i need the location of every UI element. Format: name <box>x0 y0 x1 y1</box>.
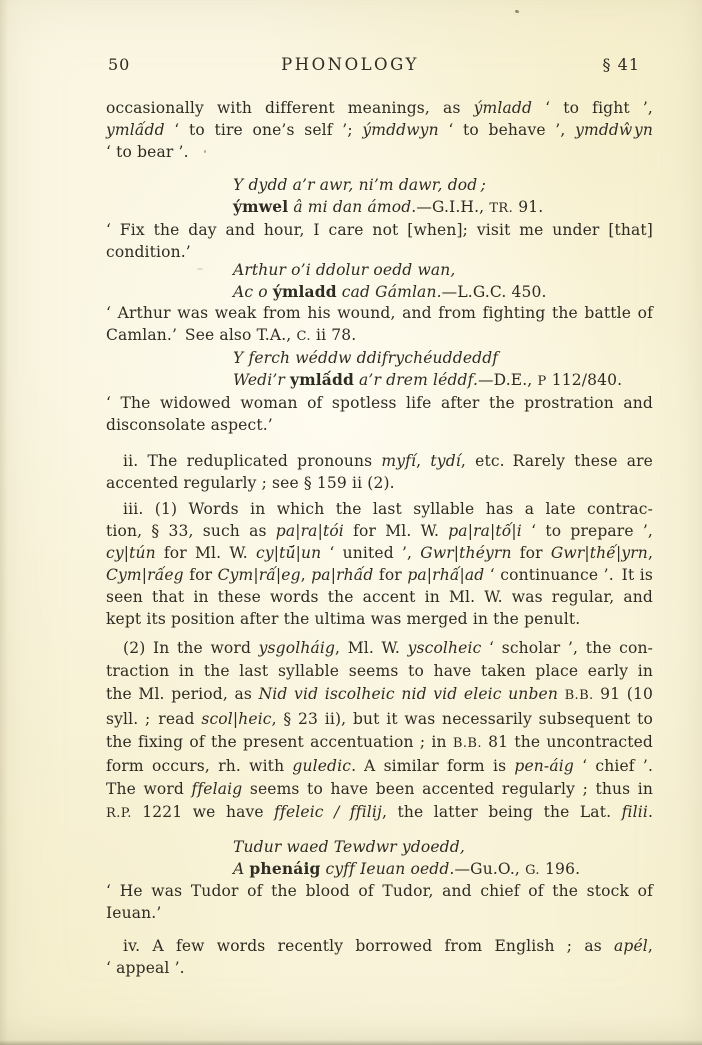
text-line: ‘ He was Tudor of the blood of Tudor, an… <box>106 880 653 902</box>
paragraph-iv: iv. A few words recently borrowed from E… <box>106 935 653 979</box>
text-line: seen that in these words the accent in M… <box>106 586 653 608</box>
verse-quotation-3: Y ferch wéddw ddifrychéuddeddfWedi’r yml… <box>233 347 653 393</box>
page-left-edge-shadow <box>0 0 8 1045</box>
text-line: the fixing of the present accentuation ;… <box>106 731 653 755</box>
translation-3: ‘ The widowed woman of spotless life aft… <box>106 392 653 436</box>
text-line: form occurs, rh. with guledic. A similar… <box>106 755 653 778</box>
text-line: Arthur o’i ddolur oedd wan, <box>233 259 653 281</box>
text-line: ‘ Fix the day and hour, I care not [when… <box>106 219 653 241</box>
text-line: tion, § 33, such as pa|ra|tói for Ml. W.… <box>106 520 653 542</box>
text-line: iv. A few words recently borrowed from E… <box>106 935 653 957</box>
section-number: § 41 <box>603 55 640 74</box>
text-line: R.P. 1221 we have ffeleic / ffilij, the … <box>106 801 653 825</box>
text-line: ymlấdd ‘ to tire one’s self ’; ýmddwyn ‘… <box>106 119 653 141</box>
text-line: cy|tún for Ml. W. cy|tū́|un ‘ united ’, … <box>106 542 653 564</box>
text-line: Y ferch wéddw ddifrychéuddeddf <box>233 347 653 369</box>
verse-quotation-4: Tudur waed Tewdwr ydoedd,A phenáig cyff … <box>233 836 653 882</box>
paragraph-iii: iii. (1) Words in which the last syllabl… <box>106 498 653 630</box>
page-bottom-edge-shadow <box>0 1040 702 1045</box>
text-line: ii. The reduplicated pronouns myfí, tydí… <box>106 450 653 472</box>
text-line: iii. (1) Words in which the last syllabl… <box>106 498 653 520</box>
text-line: ‘ Arthur was weak from his wound, and fr… <box>106 302 653 324</box>
translation-2: ‘ Arthur was weak from his wound, and fr… <box>106 302 653 348</box>
text-line: Cym|rấeg for Cym|rấ|eg, pa|rhấd for pa|r… <box>106 564 653 586</box>
text-line: the Ml. period, as Nid vid iscolheic nid… <box>106 683 653 707</box>
text-line: traction in the last syllable seems to h… <box>106 660 653 683</box>
running-title: PHONOLOGY <box>60 55 640 74</box>
translation-4: ‘ He was Tudor of the blood of Tudor, an… <box>106 880 653 924</box>
verse-quotation-2: Arthur o’i ddolur oedd wan,Ac o ýmladd c… <box>233 259 653 303</box>
text-line: syll. ; read scol|heic, § 23 ii), but it… <box>106 708 653 731</box>
text-line: kept its position after the ultima was m… <box>106 608 653 630</box>
verse-quotation-1: Y dydd a’r awr, ni’m dawr, dod ;ýmwel â … <box>233 174 653 220</box>
translation-1: ‘ Fix the day and hour, I care not [when… <box>106 219 653 263</box>
text-line: ‘ The widowed woman of spotless life aft… <box>106 392 653 414</box>
text-line: Camlan.’ See also T.A., C. ii 78. <box>106 324 653 348</box>
paragraph-intro: occasionally with different meanings, as… <box>106 97 653 163</box>
paragraph-iii-2: (2) In the word ysgolháig, Ml. W. yscolh… <box>106 637 653 826</box>
book-page: 50 PHONOLOGY § 41 occasionally with diff… <box>0 0 702 1045</box>
text-line: Y dydd a’r awr, ni’m dawr, dod ; <box>233 174 653 196</box>
text-line: disconsolate aspect.’ <box>106 414 653 436</box>
text-line: occasionally with different meanings, as… <box>106 97 653 119</box>
paragraph-ii: ii. The reduplicated pronouns myfí, tydí… <box>106 450 653 494</box>
text-line: The word ffelaig seems to have been acce… <box>106 778 653 801</box>
page-header: 50 PHONOLOGY § 41 <box>60 55 640 77</box>
text-line: Wedi’r ymlấdd a’r drem léddf.—D.E., P 11… <box>233 369 653 393</box>
text-line: Ieuan.’ <box>106 902 653 924</box>
text-line: (2) In the word ysgolháig, Ml. W. yscolh… <box>106 637 653 660</box>
text-line: ‘ to bear ’. <box>106 141 653 163</box>
text-line: accented regularly ; see § 159 ii (2). <box>106 472 653 494</box>
ink-speck <box>197 268 203 270</box>
text-line: ýmwel â mi dan ámod.—G.I.H., TR. 91. <box>233 196 653 220</box>
ink-speck <box>515 9 520 13</box>
text-line: A phenáig cyff Ieuan oedd.—Gu.O., G. 196… <box>233 858 653 882</box>
text-line: ‘ appeal ’. <box>106 957 653 979</box>
text-line: Tudur waed Tewdwr ydoedd, <box>233 836 653 858</box>
text-line: Ac o ýmladd cad Gámlan.—L.G.C. 450. <box>233 281 653 303</box>
